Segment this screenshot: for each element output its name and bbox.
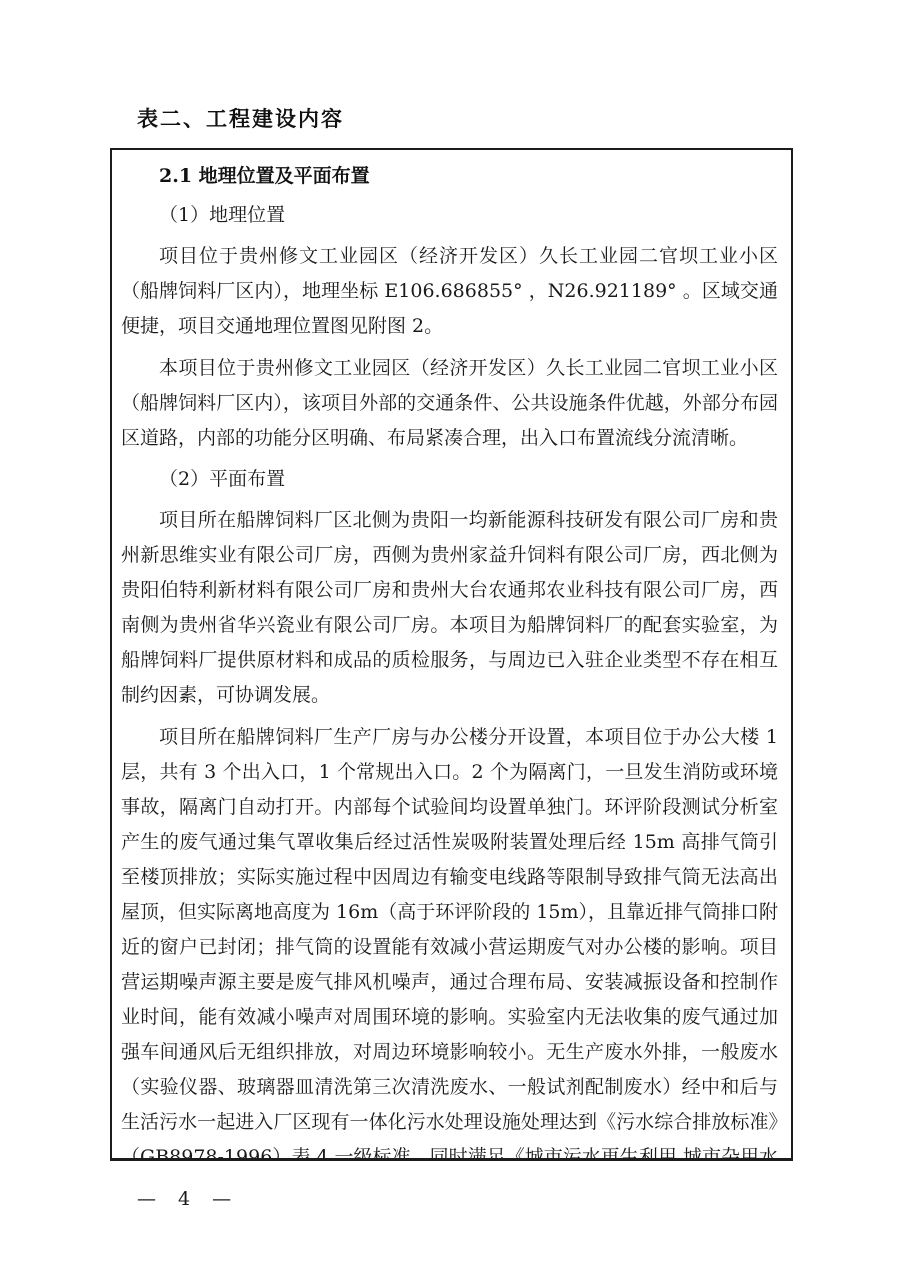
content-box: 2.1 地理位置及平面布置 （1）地理位置 项目位于贵州修文工业园区（经济开发区… [110,148,793,1161]
paragraph-project-location: 本项目位于贵州修文工业园区（经济开发区）久长工业园二官坝工业小区（船牌饲料厂区内… [121,351,778,456]
section-heading: 2.1 地理位置及平面布置 [121,160,778,193]
paragraph-geographic-coordinates: 项目位于贵州修文工业园区（经济开发区）久长工业园二官坝工业小区（船牌饲料厂区内）… [121,239,778,344]
document-page: { "page": { "title": "表二、工程建设内容", "page_… [0,0,900,1273]
page-title: 表二、工程建设内容 [137,103,344,133]
subsection-label-geographic-location: （1）地理位置 [121,199,778,232]
paragraph-surrounding-factories: 项目所在船牌饲料厂区北侧为贵阳一均新能源科技研发有限公司厂房和贵州新思维实业有限… [121,503,778,713]
paragraph-layout-and-operations: 项目所在船牌饲料厂生产厂房与办公楼分开设置，本项目位于办公大楼 1 层，共有 3… [121,720,778,1161]
page-number: — 4 — [137,1188,232,1210]
subsection-label-plane-layout: （2）平面布置 [121,463,778,496]
